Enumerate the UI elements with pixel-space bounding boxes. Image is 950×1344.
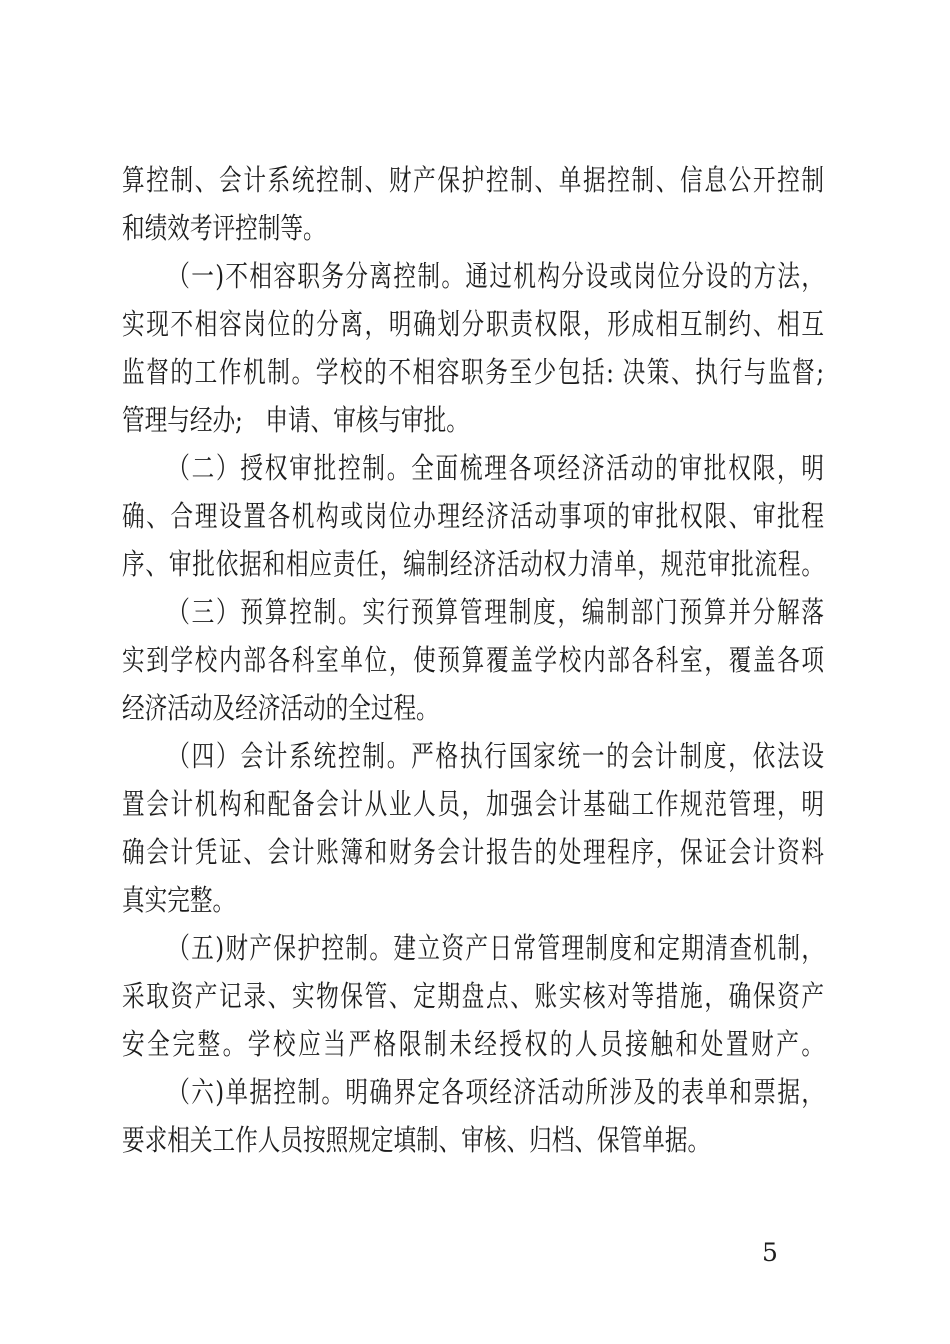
paragraph: （二）授权审批控制。全面梳理各项经济活动的审批权限，明确、合理设置各机构或岗位办… xyxy=(122,444,824,588)
text-line: 实到学校内部各科室单位，使预算覆盖学校内部各科室，覆盖各项 xyxy=(122,636,824,684)
text-line: 确、合理设置各机构或岗位办理经济活动事项的审批权限、审批程 xyxy=(122,492,824,540)
text-line: （五)财产保护控制。建立资产日常管理制度和定期清查机制， xyxy=(122,924,824,972)
text-line: 和绩效考评控制等。 xyxy=(122,204,824,252)
paragraph: （六)单据控制。明确界定各项经济活动所涉及的表单和票据，要求相关工作人员按照规定… xyxy=(122,1068,824,1164)
text-line: （三）预算控制。实行预算管理制度，编制部门预算并分解落 xyxy=(122,588,824,636)
paragraph: （一)不相容职务分离控制。通过机构分设或岗位分设的方法，实现不相容岗位的分离，明… xyxy=(122,252,824,444)
text-line: 采取资产记录、实物保管、定期盘点、账实核对等措施，确保资产 xyxy=(122,972,824,1020)
text-line: 确会计凭证、会计账簿和财务会计报告的处理程序，保证会计资料 xyxy=(122,828,824,876)
text-line: 真实完整。 xyxy=(122,876,824,924)
page-number: 5 xyxy=(762,1239,778,1267)
document-page: 算控制、会计系统控制、财产保护控制、单据控制、信息公开控制和绩效考评控制等。（一… xyxy=(0,0,950,1344)
text-line: 经济活动及经济活动的全过程。 xyxy=(122,684,824,732)
text-line: 序、审批依据和相应责任，编制经济活动权力清单，规范审批流程。 xyxy=(122,540,824,588)
text-line: （一)不相容职务分离控制。通过机构分设或岗位分设的方法， xyxy=(122,252,824,300)
document-body: 算控制、会计系统控制、财产保护控制、单据控制、信息公开控制和绩效考评控制等。（一… xyxy=(122,156,824,1164)
text-line: （六)单据控制。明确界定各项经济活动所涉及的表单和票据， xyxy=(122,1068,824,1116)
text-line: 要求相关工作人员按照规定填制、审核、归档、保管单据。 xyxy=(122,1116,824,1164)
paragraph: （三）预算控制。实行预算管理制度，编制部门预算并分解落实到学校内部各科室单位，使… xyxy=(122,588,824,732)
text-line: 算控制、会计系统控制、财产保护控制、单据控制、信息公开控制 xyxy=(122,156,824,204)
text-line: 置会计机构和配备会计从业人员，加强会计基础工作规范管理，明 xyxy=(122,780,824,828)
paragraph: （四）会计系统控制。严格执行国家统一的会计制度，依法设置会计机构和配备会计从业人… xyxy=(122,732,824,924)
text-line: 安全完整。学校应当严格限制未经授权的人员接触和处置财产。 xyxy=(122,1020,824,1068)
text-line: 管理与经办; 申请、审核与审批。 xyxy=(122,396,824,444)
text-line: （二）授权审批控制。全面梳理各项经济活动的审批权限，明 xyxy=(122,444,824,492)
text-line: 监督的工作机制。学校的不相容职务至少包括: 决策、执行与监督; xyxy=(122,348,824,396)
text-line: （四）会计系统控制。严格执行国家统一的会计制度，依法设 xyxy=(122,732,824,780)
paragraph: 算控制、会计系统控制、财产保护控制、单据控制、信息公开控制和绩效考评控制等。 xyxy=(122,156,824,252)
paragraph: （五)财产保护控制。建立资产日常管理制度和定期清查机制，采取资产记录、实物保管、… xyxy=(122,924,824,1068)
text-line: 实现不相容岗位的分离，明确划分职责权限，形成相互制约、相互 xyxy=(122,300,824,348)
